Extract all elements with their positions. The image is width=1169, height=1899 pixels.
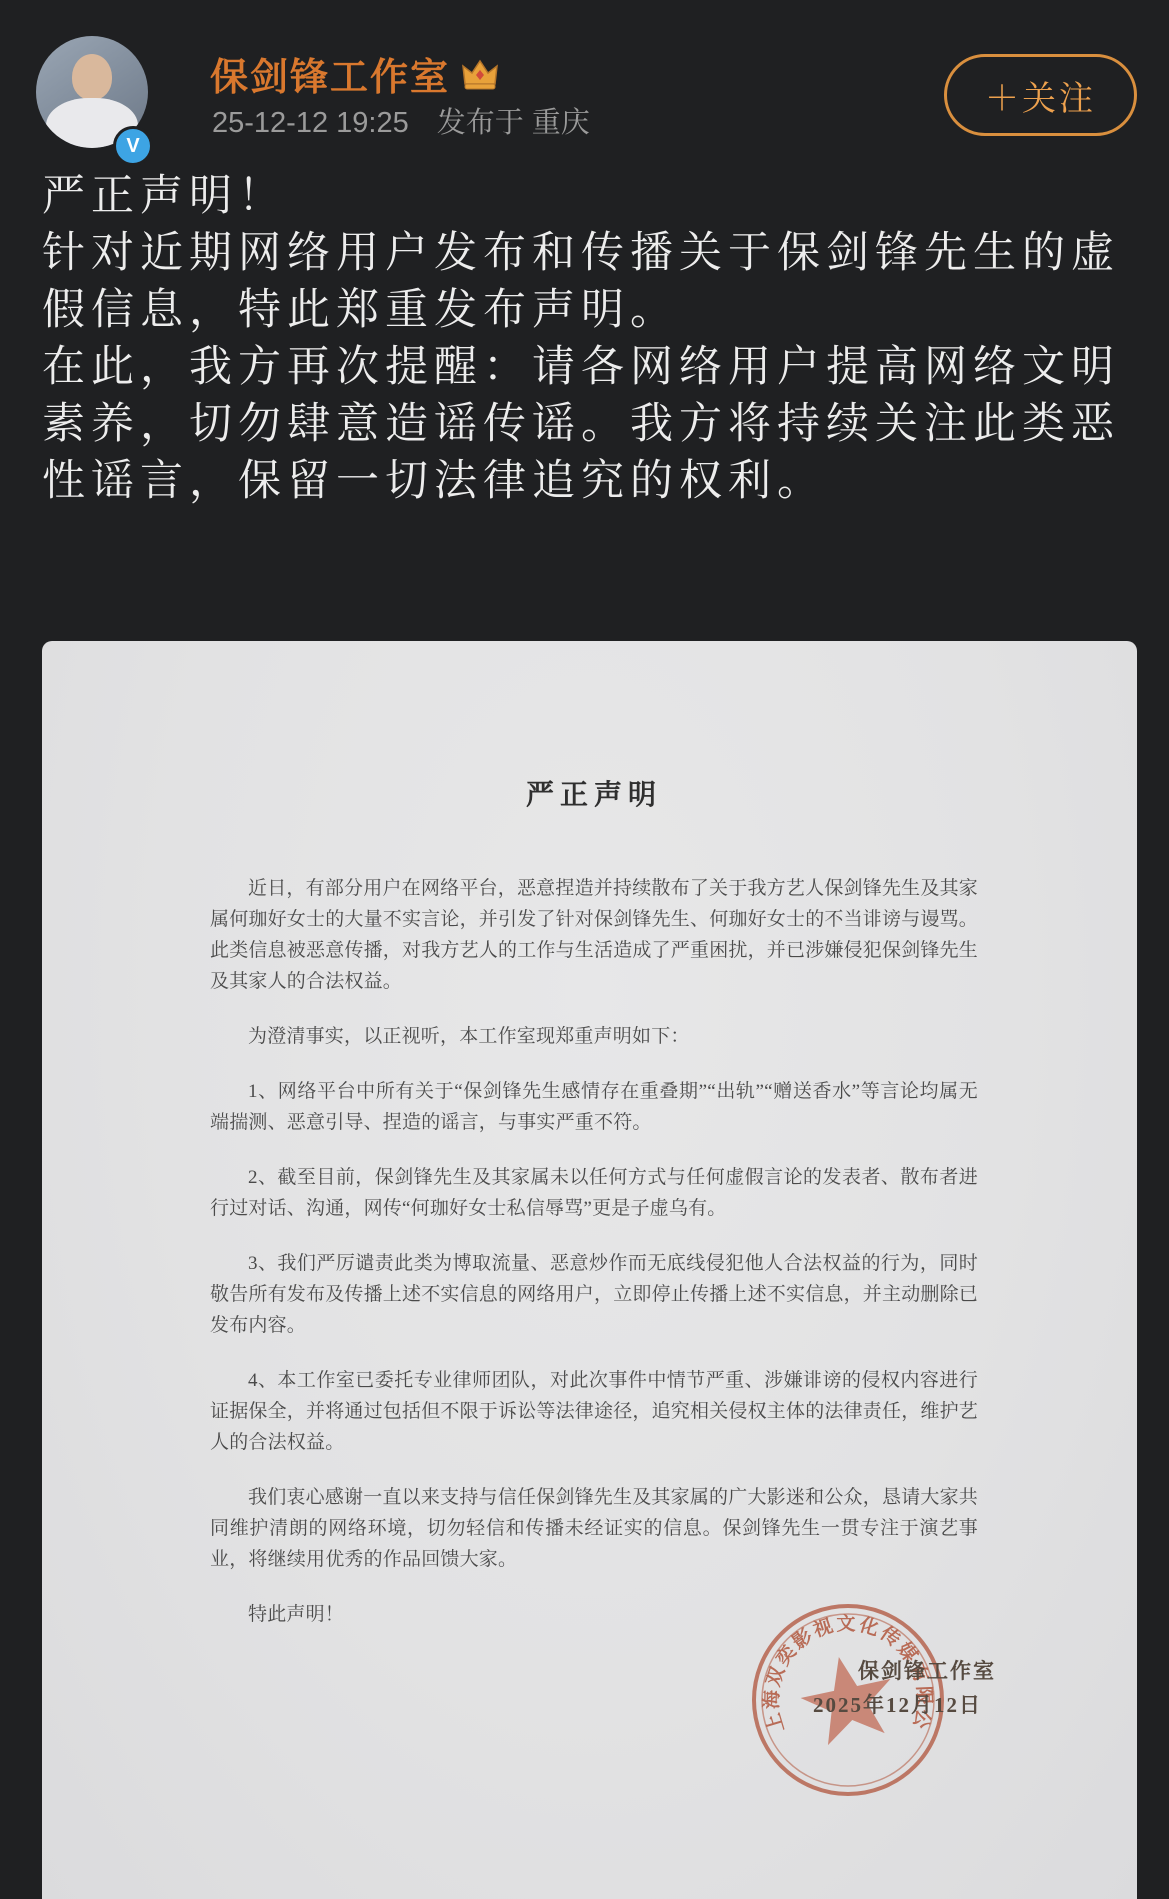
statement-paragraph: 我们衷心感谢一直以来支持与信任保剑锋先生及其家属的广大影迷和公众，恳请大家共同维…: [210, 1482, 978, 1575]
statement-paragraph: 近日，有部分用户在网络平台，恶意捏造并持续散布了关于我方艺人保剑锋先生及其家属何…: [210, 873, 978, 997]
statement-paragraph: 3、我们严厉谴责此类为博取流量、恶意炒作而无底线侵犯他人合法权益的行为，同时敬告…: [210, 1248, 978, 1341]
vip-crown-icon: [460, 54, 500, 94]
statement-image[interactable]: 严正声明 近日，有部分用户在网络平台，恶意捏造并持续散布了关于我方艺人保剑锋先生…: [42, 641, 1137, 1899]
username[interactable]: 保剑锋工作室: [210, 46, 450, 101]
statement-paragraph: 4、本工作室已委托专业律师团队，对此次事件中情节严重、涉嫌诽谤的侵权内容进行证据…: [210, 1365, 978, 1458]
seal-studio-name: 保剑锋工作室: [858, 1655, 996, 1685]
post-paragraph: 针对近期网络用户发布和传播关于保剑锋先生的虚假信息，特此郑重发布声明。: [42, 225, 1135, 339]
post-text: 严正声明！ 针对近期网络用户发布和传播关于保剑锋先生的虚假信息，特此郑重发布声明…: [42, 168, 1135, 510]
avatar-face: [72, 54, 112, 100]
post-paragraph: 严正声明！: [42, 168, 1135, 225]
statement-paragraph: 2、截至目前，保剑锋先生及其家属未以任何方式与任何虚假言论的发表者、散布者进行过…: [210, 1162, 978, 1224]
posted-from: 发布于 重庆: [437, 107, 590, 139]
statement-title: 严正声明: [210, 773, 978, 813]
follow-button[interactable]: ＋关注: [944, 54, 1137, 136]
seal-date: 2025年12月12日: [813, 1689, 982, 1719]
timestamp: 25-12-12 19:25: [212, 107, 409, 139]
statement-paragraph: 为澄清事实，以正视听，本工作室现郑重声明如下：: [210, 1021, 978, 1052]
post-paragraph: 在此，我方再次提醒：请各网络用户提高网络文明素养，切勿肆意造谣传谣。我方将持续关…: [42, 339, 1135, 510]
verified-badge-icon: V: [113, 126, 153, 166]
post-meta: 25-12-12 19:25发布于 重庆: [212, 100, 590, 141]
statement-paragraph: 1、网络平台中所有关于“保剑锋先生感情存在重叠期”“出轨”“赠送香水”等言论均属…: [210, 1076, 978, 1138]
weibo-post-page: V 保剑锋工作室 25-12-12 19:25发布于 重庆 ＋关注 严正声明！ …: [0, 0, 1169, 1899]
